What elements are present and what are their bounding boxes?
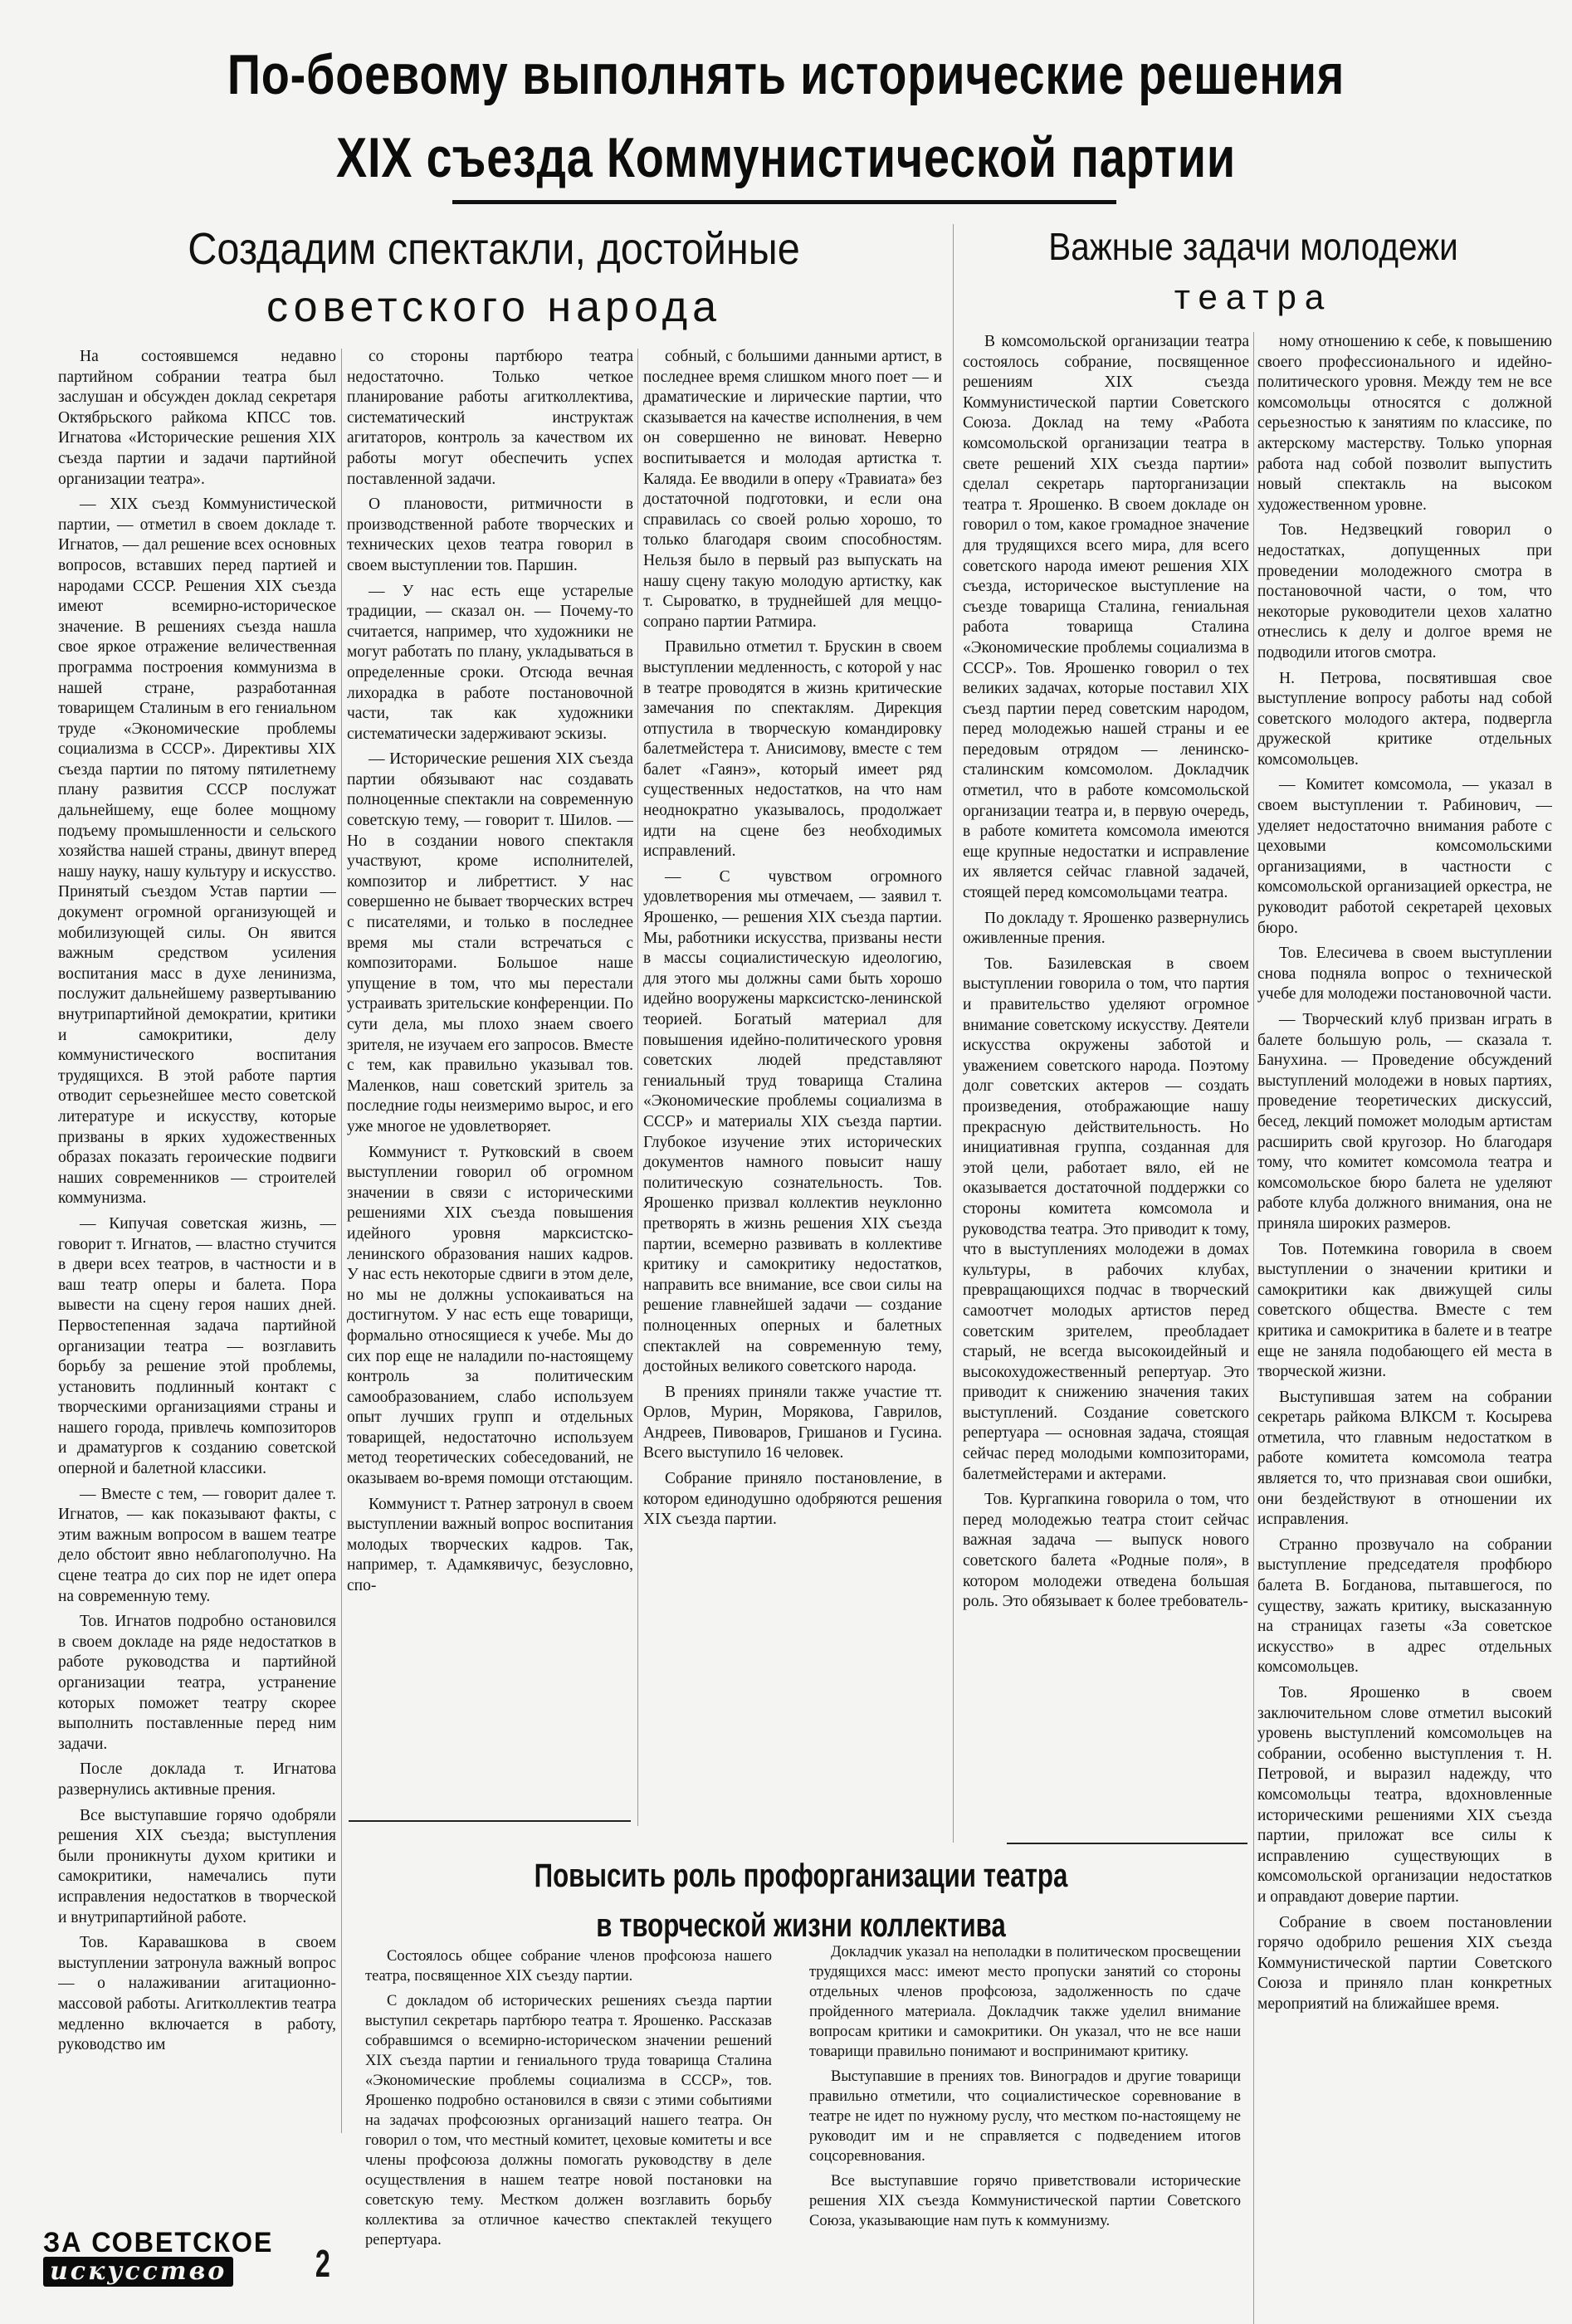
article-end-rule: [349, 1820, 631, 1822]
left-article-column-3: собный, с большими данными артист, в пос…: [643, 347, 942, 1841]
paragraph: На состоявшемся недавно партийном собран…: [58, 347, 336, 490]
left-article-headline-line-1: Создадим спектакли, достойные: [95, 216, 894, 282]
paragraph: — Творческий клуб призван играть в балет…: [1257, 1010, 1552, 1235]
paragraph: — Исторические решения XIX съезда партии…: [347, 749, 633, 1137]
paragraph: Все выступавшие горячо одобряли решения …: [58, 1806, 336, 1929]
right-article-headline-line-1: Важные задачи молодежи: [998, 217, 1509, 276]
bottom-article-column-2: Докладчик указал на неполадки в политиче…: [809, 1942, 1241, 2316]
paragraph: ному отношению к себе, к повышению своег…: [1257, 332, 1552, 515]
column-divider: [1253, 332, 1254, 2324]
paragraph: В комсомольской организации театра состо…: [963, 332, 1249, 904]
main-headline-line-1: По-боевому выполнять исторические решени…: [141, 33, 1430, 116]
paragraph: Тов. Недзвецкий говорил о недостатках, д…: [1257, 520, 1552, 663]
paragraph: — С чувством огромного удовлетворения мы…: [643, 867, 942, 1378]
paragraph: Тов. Ярошенко в своем заключительном сло…: [1257, 1683, 1552, 1908]
paragraph: Коммунист т. Рутковский в своем выступле…: [347, 1143, 633, 1490]
paragraph: Состоялось общее собрание членов профсою…: [365, 1946, 772, 1986]
masthead-line-2: искусство: [43, 2257, 233, 2287]
bottom-article-column-1: Состоялось общее собрание членов профсою…: [365, 1946, 772, 2312]
paragraph: В прениях приняли также участие тт. Орло…: [643, 1383, 942, 1464]
bottom-article-headline-line-1: Повысить роль профорганизации театра: [448, 1851, 1154, 1901]
paragraph: — Комитет комсомола, — указал в своем вы…: [1257, 775, 1552, 939]
paragraph: Все выступавшие горячо приветствовали ис…: [809, 2171, 1241, 2231]
paragraph: После доклада т. Игнатова развернулись а…: [58, 1760, 336, 1800]
paragraph: Собрание в своем постановлении горячо од…: [1257, 1913, 1552, 2015]
headline-rule: [452, 200, 1116, 204]
column-divider: [637, 349, 638, 1826]
paragraph: Выступавшие в прениях тов. Виноградов и …: [809, 2067, 1241, 2166]
paragraph: Докладчик указал на неполадки в политиче…: [809, 1942, 1241, 2062]
paragraph: — Вместе с тем, — говорит далее т. Игнат…: [58, 1485, 336, 1608]
paragraph: со стороны партбюро театра недостаточно.…: [347, 347, 633, 490]
paragraph: Коммунист т. Ратнер затронул в своем выс…: [347, 1495, 633, 1597]
paragraph: собный, с большими данными артист, в пос…: [643, 347, 942, 632]
page-main-headline: По-боевому выполнять исторические решени…: [141, 33, 1430, 199]
masthead-line-1: ЗА СОВЕТСКОЕ: [43, 2229, 304, 2257]
right-article-column-2: ному отношению к себе, к повышению своег…: [1257, 332, 1552, 2324]
paragraph: Тов. Кургапкина говорила о том, что пере…: [963, 1490, 1249, 1613]
paragraph: — XIX съезд Коммунистической партии, — о…: [58, 495, 336, 1209]
newspaper-masthead-logo: ЗА СОВЕТСКОЕ искусство: [43, 2229, 317, 2295]
paragraph: Собрание приняло постановление, в которо…: [643, 1469, 942, 1531]
paragraph: Тов. Каравашкова в своем выступлении зат…: [58, 1933, 336, 2056]
paragraph: Тов. Потемкина говорила в своем выступле…: [1257, 1240, 1552, 1383]
left-article-column-1: На состоявшемся недавно партийном собран…: [58, 347, 336, 2123]
article-end-rule: [1007, 1843, 1247, 1844]
paragraph: С докладом об исторических решениях съез…: [365, 1991, 772, 2250]
paragraph: Правильно отметил т. Брускин в своем выс…: [643, 637, 942, 862]
left-article-headline-line-2: советского народа: [50, 278, 938, 336]
paragraph: Тов. Елесичева в своем выступлении снова…: [1257, 944, 1552, 1005]
paragraph: Выступившая затем на собрании секретарь …: [1257, 1388, 1552, 1531]
page-number: 2: [315, 2243, 330, 2284]
right-article-column-1: В комсомольской организации театра состо…: [963, 332, 1249, 1843]
main-headline-line-2: XIX съезда Коммунистической партии: [141, 116, 1430, 199]
left-article-column-2: со стороны партбюро театра недостаточно.…: [347, 347, 633, 1841]
right-article-headline-line-2: театра: [963, 272, 1544, 322]
column-divider: [953, 224, 954, 1843]
paragraph: Тов. Игнатов подробно остановился в свое…: [58, 1612, 336, 1755]
paragraph: О плановости, ритмичности в производстве…: [347, 495, 633, 576]
paragraph: Тов. Базилевская в своем выступлении гов…: [963, 954, 1249, 1485]
paragraph: Странно прозвучало на собрании выступлен…: [1257, 1535, 1552, 1678]
paragraph: — У нас есть еще устарелые традиции, — с…: [347, 582, 633, 745]
paragraph: — Кипучая советская жизнь, — говорит т. …: [58, 1214, 336, 1480]
column-divider: [341, 349, 342, 2133]
paragraph: Н. Петрова, посвятившая свое выступление…: [1257, 669, 1552, 771]
paragraph: По докладу т. Ярошенко развернулись ожив…: [963, 909, 1249, 950]
